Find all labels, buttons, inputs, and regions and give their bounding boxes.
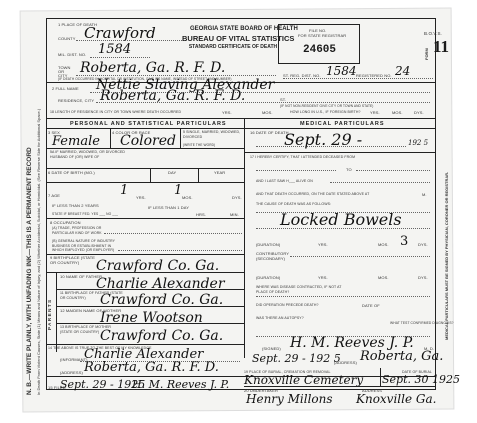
occupation-a-label: (a) TRADE, PROFESSION OR PARTICULAR KIND… (52, 226, 112, 235)
breast-fed-label: STATE IF BREAST FED. YES ___ NO ___ (52, 212, 118, 216)
residence-label: RESIDENCE, CITY (58, 98, 94, 103)
color-value: Colored (120, 133, 176, 149)
autopsy-label: WAS THERE AN AUTOPSY? (256, 316, 304, 320)
marital-label: 5 SINGLE, MARRIED, WIDOWED, DIVORCED (183, 130, 241, 139)
col-line (110, 128, 111, 148)
divider (46, 128, 244, 129)
medical-section-title: MEDICAL PARTICULARS (300, 121, 385, 127)
cause-label: THE CAUSE OF DEATH WAS AS FOLLOWS: (256, 202, 331, 206)
duration-dys-unit: DYS. (418, 242, 428, 247)
informant-address-label: (ADDRESS) (60, 370, 83, 375)
divider (46, 218, 244, 219)
signed-label: (SIGNED) (262, 346, 281, 351)
duration-mos: MOS. (378, 242, 389, 247)
divider (46, 344, 244, 345)
form-label: FORM (424, 48, 429, 60)
form-number: 11 (433, 37, 449, 57)
residence-line (96, 102, 430, 103)
divider (56, 289, 244, 290)
duration-mos-2: MOS. (378, 275, 389, 280)
certify-label: 17 I HEREBY CERTIFY, THAT I ATTENDED DEC… (250, 155, 355, 159)
attended-from-line (256, 170, 336, 171)
length-yrs: YRS. (222, 110, 232, 115)
divider (46, 168, 244, 169)
divider (244, 152, 436, 153)
age-label: 7 AGE (48, 193, 60, 198)
filed-registrar: H. M. Reeves J. P. (132, 378, 229, 391)
attended-to-line (356, 170, 430, 171)
contributory-label: CONTRIBUTORY (SECONDARY) (256, 252, 286, 261)
divider (244, 386, 436, 387)
mil-dist-line (90, 57, 150, 58)
col-line (198, 168, 199, 182)
contributory-line (290, 256, 430, 257)
cause-value: Locked Bowels (280, 210, 402, 229)
spouse-label: 5a IF MARRIED, WIDOWED, OR DIVORCED HUSB… (50, 150, 140, 159)
duration-yrs-2: YRS. (318, 275, 328, 280)
date-of-death-label: 16 DATE OF DEATH (250, 130, 289, 135)
mil-dist-value: 1584 (98, 42, 131, 57)
hrs-label: HRS. (196, 212, 206, 217)
us-mos: MOS. (392, 110, 403, 115)
duration-yrs: YRS. (318, 242, 328, 247)
dob-label: 6 DATE OF BIRTH (MO.) (48, 170, 95, 175)
informant-address-value: Roberta, Ga. R. F. D. (84, 360, 219, 375)
divider (46, 118, 436, 119)
divider (56, 323, 244, 324)
age-years: 1 (120, 183, 128, 198)
divider (46, 272, 244, 273)
length-mos: MOS. (262, 110, 273, 115)
occupation-label: 8 OCCUPATION (50, 220, 81, 225)
death-occurred-label: AND THAT DEATH OCCURRED, ON THE DATE STA… (256, 192, 369, 196)
dob-year-label: YEAR (214, 170, 225, 175)
last-saw-label: AND I LAST SAW H___ ALIVE ON (256, 179, 313, 183)
duration-label: (DURATION) (256, 242, 280, 247)
us-yrs: YRS. (370, 110, 380, 115)
length-residence-label: 18 LENGTH OF RESIDENCE IN CITY OR TOWN W… (50, 110, 181, 114)
occ-a-line (104, 233, 242, 234)
registered-value: 24 (395, 64, 410, 78)
mil-dist-label: MIL. DIST. NO. (58, 52, 86, 57)
marital-sub-label: (WRITE THE WORD) (183, 143, 215, 147)
nonresident-note: (IF NOT NON-RESIDENT GIVE CITY OR TOWN A… (280, 104, 373, 108)
parents-side-line (56, 272, 57, 352)
bureau-title: BUREAU OF VITAL STATISTICS (182, 34, 282, 43)
age-dys-unit: DYS. (232, 195, 242, 200)
cause-line-2 (256, 228, 430, 229)
death-occurred-m: M. (422, 192, 427, 197)
full-name-label: 2 FULL NAME (52, 86, 79, 91)
undertaker-address-value: Knoxville Ga. (356, 392, 436, 406)
sign-address-value: Roberta, Ga. (360, 349, 443, 364)
parents-side-label: PARENTS (47, 298, 52, 330)
divider (244, 128, 436, 129)
agency-title: GEORGIA STATE BOARD OF HEALTH (190, 26, 280, 32)
right-margin-medical-note: MEDICAL PARTICULARS MUST BE SIGNED BY PH… (444, 172, 449, 340)
birthplace-label: 9 BIRTHPLACE (STATE OR COUNTRY) (50, 256, 100, 265)
operation-label: DID OPERATION PRECEDE DEATH? (256, 303, 319, 307)
file-number: 24605 (303, 44, 336, 56)
town-value: Roberta, Ga. R. F. D. (80, 60, 225, 76)
undertaker-value: Henry Millons (246, 392, 333, 406)
sign-date: Sept. 29 - 192 5 (252, 352, 341, 365)
us-dys: DYS. (414, 110, 424, 115)
burial-date-divider (380, 368, 381, 386)
test-confirmed-label: WHAT TEST CONFIRMED DIAGNOSIS? (390, 321, 454, 325)
sign-address-label: (ADDRESS) (334, 360, 357, 365)
sex-value: Female (52, 134, 100, 149)
left-margin-instruction: N. B.—WRITE PLAINLY, WITH UNFADING INK—T… (26, 147, 33, 395)
col-line (150, 168, 151, 182)
county-line (76, 40, 186, 41)
contracted-label: WHERE WAS DISEASE CONTRACTED, IF NOT AT … (256, 285, 346, 294)
left-margin-violent-causes-note: In Death From Violent Causes, State (1) … (36, 109, 41, 395)
us-length-label: HOW LONG IN U.S., IF FOREIGN BIRTH? (290, 110, 361, 114)
less-2-years-label: IF LESS THAN 2 YEARS (52, 203, 99, 208)
town-line (76, 75, 276, 76)
dob-day-label: DAY (168, 170, 176, 175)
burial-place-value: Knoxville Cemetery (244, 373, 363, 387)
less-1-day-label: IF LESS THAN 1 DAY (148, 205, 189, 210)
form-title: STANDARD CERTIFICATE OF DEATH (185, 44, 281, 50)
dod-line (256, 146, 406, 147)
divider (46, 148, 244, 149)
duration-dys-2: DYS. (418, 275, 428, 280)
min-label: MIN. (230, 212, 239, 217)
col-line (180, 128, 181, 148)
divider (46, 376, 436, 377)
mother-birthplace-value: Crawford Co. Ga. (100, 328, 223, 344)
divider (46, 182, 244, 183)
age-yrs-unit: YRS. (136, 195, 146, 200)
attended-to-label: TO (346, 167, 352, 172)
occupation-b-label: (b) GENERAL NATURE OF INDUSTRY BUSINESS … (52, 239, 116, 253)
bvs-label: B.O.V.S. (424, 31, 442, 36)
personal-section-title: PERSONAL AND STATISTICAL PARTICULARS (70, 121, 227, 127)
reg-line (283, 78, 433, 79)
st-reg-dist-value: 1584 (326, 64, 357, 78)
county-label: COUNTY (58, 36, 76, 41)
occ-b-line (118, 250, 242, 251)
operation-date-label: DATE OF (362, 303, 380, 308)
duration-label-2: (DURATION) (256, 275, 280, 280)
duration-days: 3 (400, 234, 408, 249)
last-saw-line (330, 182, 430, 183)
date-of-death-year: 192 5 (408, 139, 428, 147)
contracted-line (256, 296, 430, 297)
age-mos-unit: MOS. (182, 195, 193, 200)
divider (56, 306, 244, 307)
burial-date-value: Sept. 30 1925 (382, 373, 460, 386)
column-divider (244, 118, 245, 358)
file-no-sub-label: FOR STATE REGISTRAR (298, 33, 346, 38)
